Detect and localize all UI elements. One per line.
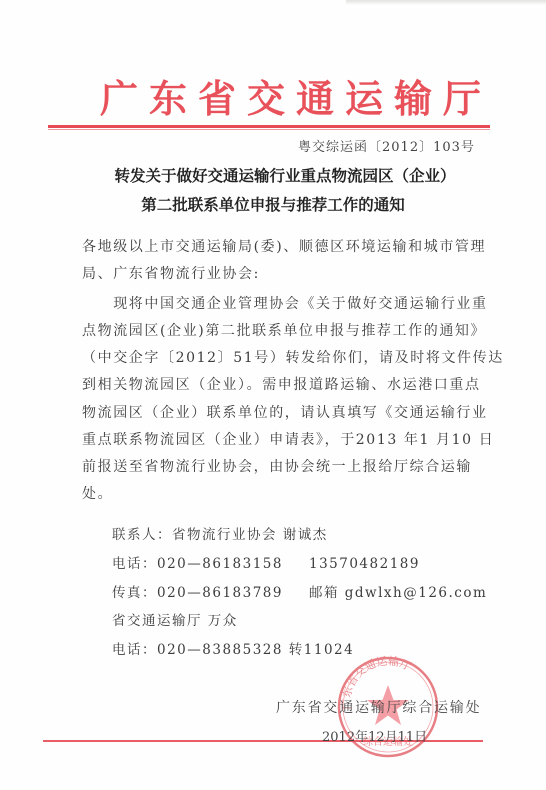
contact-fax: 传真：020—86183789 xyxy=(112,585,283,601)
body-line: 点物流园区(企业)第二批联系单位申报与推荐工作的通知》 xyxy=(82,322,486,340)
contact-mobile: 13570482189 xyxy=(309,556,420,572)
letterhead-rule xyxy=(48,125,490,128)
letterhead-title: 广东省交通运输厅 xyxy=(100,76,500,122)
body-line: 重点联系物流园区（企业）申请表》，于2013 年1 月10 日 xyxy=(82,431,494,449)
body-line: 物流园区（企业）联系单位的，请认真填写《交通运输行业 xyxy=(82,404,488,422)
contact-email: 邮箱 gdwlxh@126.com xyxy=(309,585,487,601)
body-line: 现将中国交通企业管理协会《关于做好交通运输行业重 xyxy=(82,295,488,313)
body-line: 到相关物流园区（企业）。需申报道路运输、水运港口重点 xyxy=(82,376,481,394)
body-line: （中交企字〔2012〕51号）转发给你们，请及时将文件传达 xyxy=(82,349,504,367)
body-line: 前报送至省物流行业协会，由协会统一上报给厅综合运输 xyxy=(82,458,472,476)
scan-edge-shadow xyxy=(346,0,546,5)
document-number: 粤交综运函〔2012〕103号 xyxy=(298,136,475,155)
body-line: 局、广东省物流行业协会: xyxy=(82,265,260,283)
document-title-line-1: 转发关于做好交通运输行业重点物流园区（企业） xyxy=(12,164,546,186)
document-title-line-2: 第二批联系单位申报与推荐工作的通知 xyxy=(0,193,546,215)
body-line: 处。 xyxy=(82,485,113,503)
signing-date: 2012年12月11日 xyxy=(322,726,427,745)
document-page: 广东省交通运输厅 粤交综运函〔2012〕103号 转发关于做好交通运输行业重点物… xyxy=(0,0,546,790)
contact-fax-row: 传真：020—86183789邮箱 gdwlxh@126.com xyxy=(112,584,487,602)
body-line: 各地级以上市交通运输局(委)、顺德区环境运输和城市管理 xyxy=(82,238,486,256)
dept-phone: 电话：020—83885328 转11024 xyxy=(112,641,354,659)
letterhead-rule-thin xyxy=(48,129,490,130)
dept-contact: 省交通运输厅 万众 xyxy=(112,612,238,630)
contact-phone: 电话：020—86183158 xyxy=(112,556,283,572)
signing-department: 广东省交通运输厅综合运输处 xyxy=(276,697,481,717)
contact-phone-row: 电话：020—8618315813570482189 xyxy=(112,555,420,573)
contact-person: 联系人：省物流行业协会 谢诚杰 xyxy=(112,526,328,544)
